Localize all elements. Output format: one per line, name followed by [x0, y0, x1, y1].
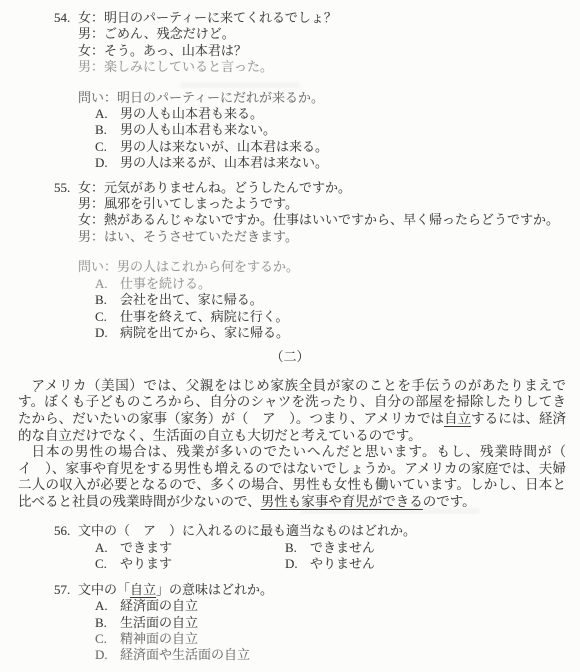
question-body: 女：明日のパーティーに来てくれるでしょ？ 男：ごめん、残念だけど。 女：そう。あ…	[78, 10, 564, 172]
prompt-text: 」の意味はどれか。	[156, 582, 273, 597]
choice-text: 男の人も山本君も来る。	[120, 106, 263, 122]
question-number: 54.	[54, 10, 70, 26]
choice-label: A.	[95, 106, 120, 122]
choice-label: C.	[95, 309, 120, 325]
dialogue-line: 男：楽しみにしていると言った。	[78, 59, 564, 75]
choice-label: A.	[95, 598, 120, 614]
choice-row-a: A. 男の人も山本君も来る。	[95, 106, 564, 122]
section-heading: （二）	[0, 349, 580, 365]
question-55: 55. 女：元気がありませんね。どうしたんですか。 男：風邪を引いてしまったよう…	[0, 180, 580, 342]
choice-row-b: B. 生活面の自立	[95, 615, 564, 631]
passage-paragraph-2: 日本の男性の場合は、残業が多いのでたいへんだと思います。もし、残業時間が（ イ …	[18, 444, 566, 510]
choice-text: 会社を出て、家に帰る。	[120, 292, 263, 308]
question-prompt: 問い：明日のパーティーにだれが来るか。	[78, 90, 564, 106]
choice-text: 男の人は来ないが、山本君は来る。	[120, 139, 328, 155]
spacer	[78, 245, 564, 259]
choice-text: 経済面の自立	[120, 598, 198, 614]
choice-label: D.	[285, 556, 310, 572]
spacer	[78, 76, 564, 90]
choice-text: 仕事を終えて、病院に行く。	[120, 309, 288, 325]
choice-text: 男の人は来るが、山本君は来ない。	[120, 155, 328, 171]
choice-row-a: A. 仕事を続ける。	[95, 276, 564, 292]
choice-row-c: C. 精神面の自立	[95, 631, 564, 647]
passage-text: のです。	[423, 494, 476, 509]
choice-text: 経済面や生活面の自立	[120, 647, 250, 663]
scan-artifact-dot: .	[34, 380, 37, 396]
choice-row-d: D. やりません	[285, 556, 564, 572]
question-number: 56.	[54, 523, 70, 539]
choice-text: 男の人も山本君も来ない。	[120, 122, 276, 138]
choice-label: B.	[95, 122, 120, 138]
dialogue-line: 男：風邪を引いてしまったようです。	[78, 196, 564, 212]
prompt-text: 文中の「	[78, 582, 130, 597]
choice-label: D.	[95, 155, 120, 171]
choice-label: B.	[285, 540, 310, 556]
choice-text: 生活面の自立	[120, 615, 198, 631]
passage-paragraph-1: アメリカ（美国）では、父親をはじめ家族全員が家のことを手伝うのがあたりまえです。…	[18, 378, 566, 444]
question-prompt: 問い：男の人はこれから何をするか。	[78, 259, 564, 275]
choice-row-c: C. 男の人は来ないが、山本君は来る。	[95, 139, 564, 155]
choice-label: B.	[95, 292, 120, 308]
choice-label: B.	[95, 615, 120, 631]
choice-row-b: B. 男の人も山本君も来ない。	[95, 122, 564, 138]
dialogue-line: 男：ごめん、残念だけど。	[78, 26, 564, 42]
choice-row-d: D. 病院を出てから、家に帰る。	[95, 325, 564, 341]
choice-text: やります	[120, 556, 172, 572]
choice-label: C.	[95, 556, 120, 572]
dialogue-line: 男：はい、そうさせていただきます。	[78, 229, 564, 245]
choice-row-d: D. 経済面や生活面の自立	[95, 647, 564, 663]
dialogue-line: 女：そう。あっ、山本君は？	[78, 43, 564, 59]
underlined-phrase: 男性も家事や育児ができる	[261, 494, 423, 509]
choice-label: A.	[95, 540, 120, 556]
scan-smudge	[300, 508, 480, 514]
choice-label: D.	[95, 325, 120, 341]
question-prompt: 文中の「自立」の意味はどれか。	[78, 582, 564, 598]
choice-row-d: D. 男の人は来るが、山本君は来ない。	[95, 155, 564, 171]
choice-label: A.	[95, 276, 120, 292]
choice-row-a: A. 経済面の自立	[95, 598, 564, 614]
question-number: 57.	[54, 582, 70, 598]
choice-row-b: B. 会社を出て、家に帰る。	[95, 292, 564, 308]
question-prompt: 文中の（ ア ）に入れるのに最も適当なものはどれか。	[78, 523, 564, 539]
choice-text: できません	[310, 540, 375, 556]
question-body: 文中の（ ア ）に入れるのに最も適当なものはどれか。 A. できます B. でき…	[78, 523, 564, 572]
dialogue-line: 女：元気がありませんね。どうしたんですか。	[78, 180, 564, 196]
choice-row-a: A. できます	[95, 540, 285, 556]
choice-text: できます	[120, 540, 172, 556]
choice-row-c: C. 仕事を終えて、病院に行く。	[95, 309, 564, 325]
underlined-term: 自立	[444, 411, 471, 426]
choice-row-b: B. できません	[285, 540, 564, 556]
choice-label: D.	[95, 647, 120, 663]
choice-text: やりません	[310, 556, 375, 572]
underlined-term: 自立	[130, 582, 156, 597]
question-57: 57. 文中の「自立」の意味はどれか。 A. 経済面の自立 B. 生活面の自立 …	[0, 582, 580, 664]
question-56: 56. 文中の（ ア ）に入れるのに最も適当なものはどれか。 A. できます B…	[0, 523, 580, 572]
choice-text: 精神面の自立	[120, 631, 198, 647]
question-body: 女：元気がありませんね。どうしたんですか。 男：風邪を引いてしまったようです。 …	[78, 180, 564, 342]
choice-text: 病院を出てから、家に帰る。	[120, 325, 289, 341]
choice-row-c: C. やります	[95, 556, 285, 572]
question-body: 文中の「自立」の意味はどれか。 A. 経済面の自立 B. 生活面の自立 C. 精…	[78, 582, 564, 664]
reading-passage: アメリカ（美国）では、父親をはじめ家族全員が家のことを手伝うのがあたりまえです。…	[18, 378, 566, 511]
question-number: 55.	[54, 180, 70, 196]
question-54: 54. 女：明日のパーティーに来てくれるでしょ？ 男：ごめん、残念だけど。 女：…	[0, 10, 580, 172]
dialogue-line: 女：明日のパーティーに来てくれるでしょ？	[78, 10, 564, 26]
choice-label: C.	[95, 631, 120, 647]
dialogue-line: 女：熱があるんじゃないですか。仕事はいいですから、早く帰ったらどうですか。	[78, 212, 564, 228]
choice-label: C.	[95, 139, 120, 155]
choice-text: 仕事を続ける。	[120, 276, 211, 292]
exam-page: . 54. 女：明日のパーティーに来てくれるでしょ？ 男：ごめん、残念だけど。 …	[0, 0, 580, 672]
choices-grid: A. できます B. できません C. やります D. やりません	[95, 540, 564, 573]
